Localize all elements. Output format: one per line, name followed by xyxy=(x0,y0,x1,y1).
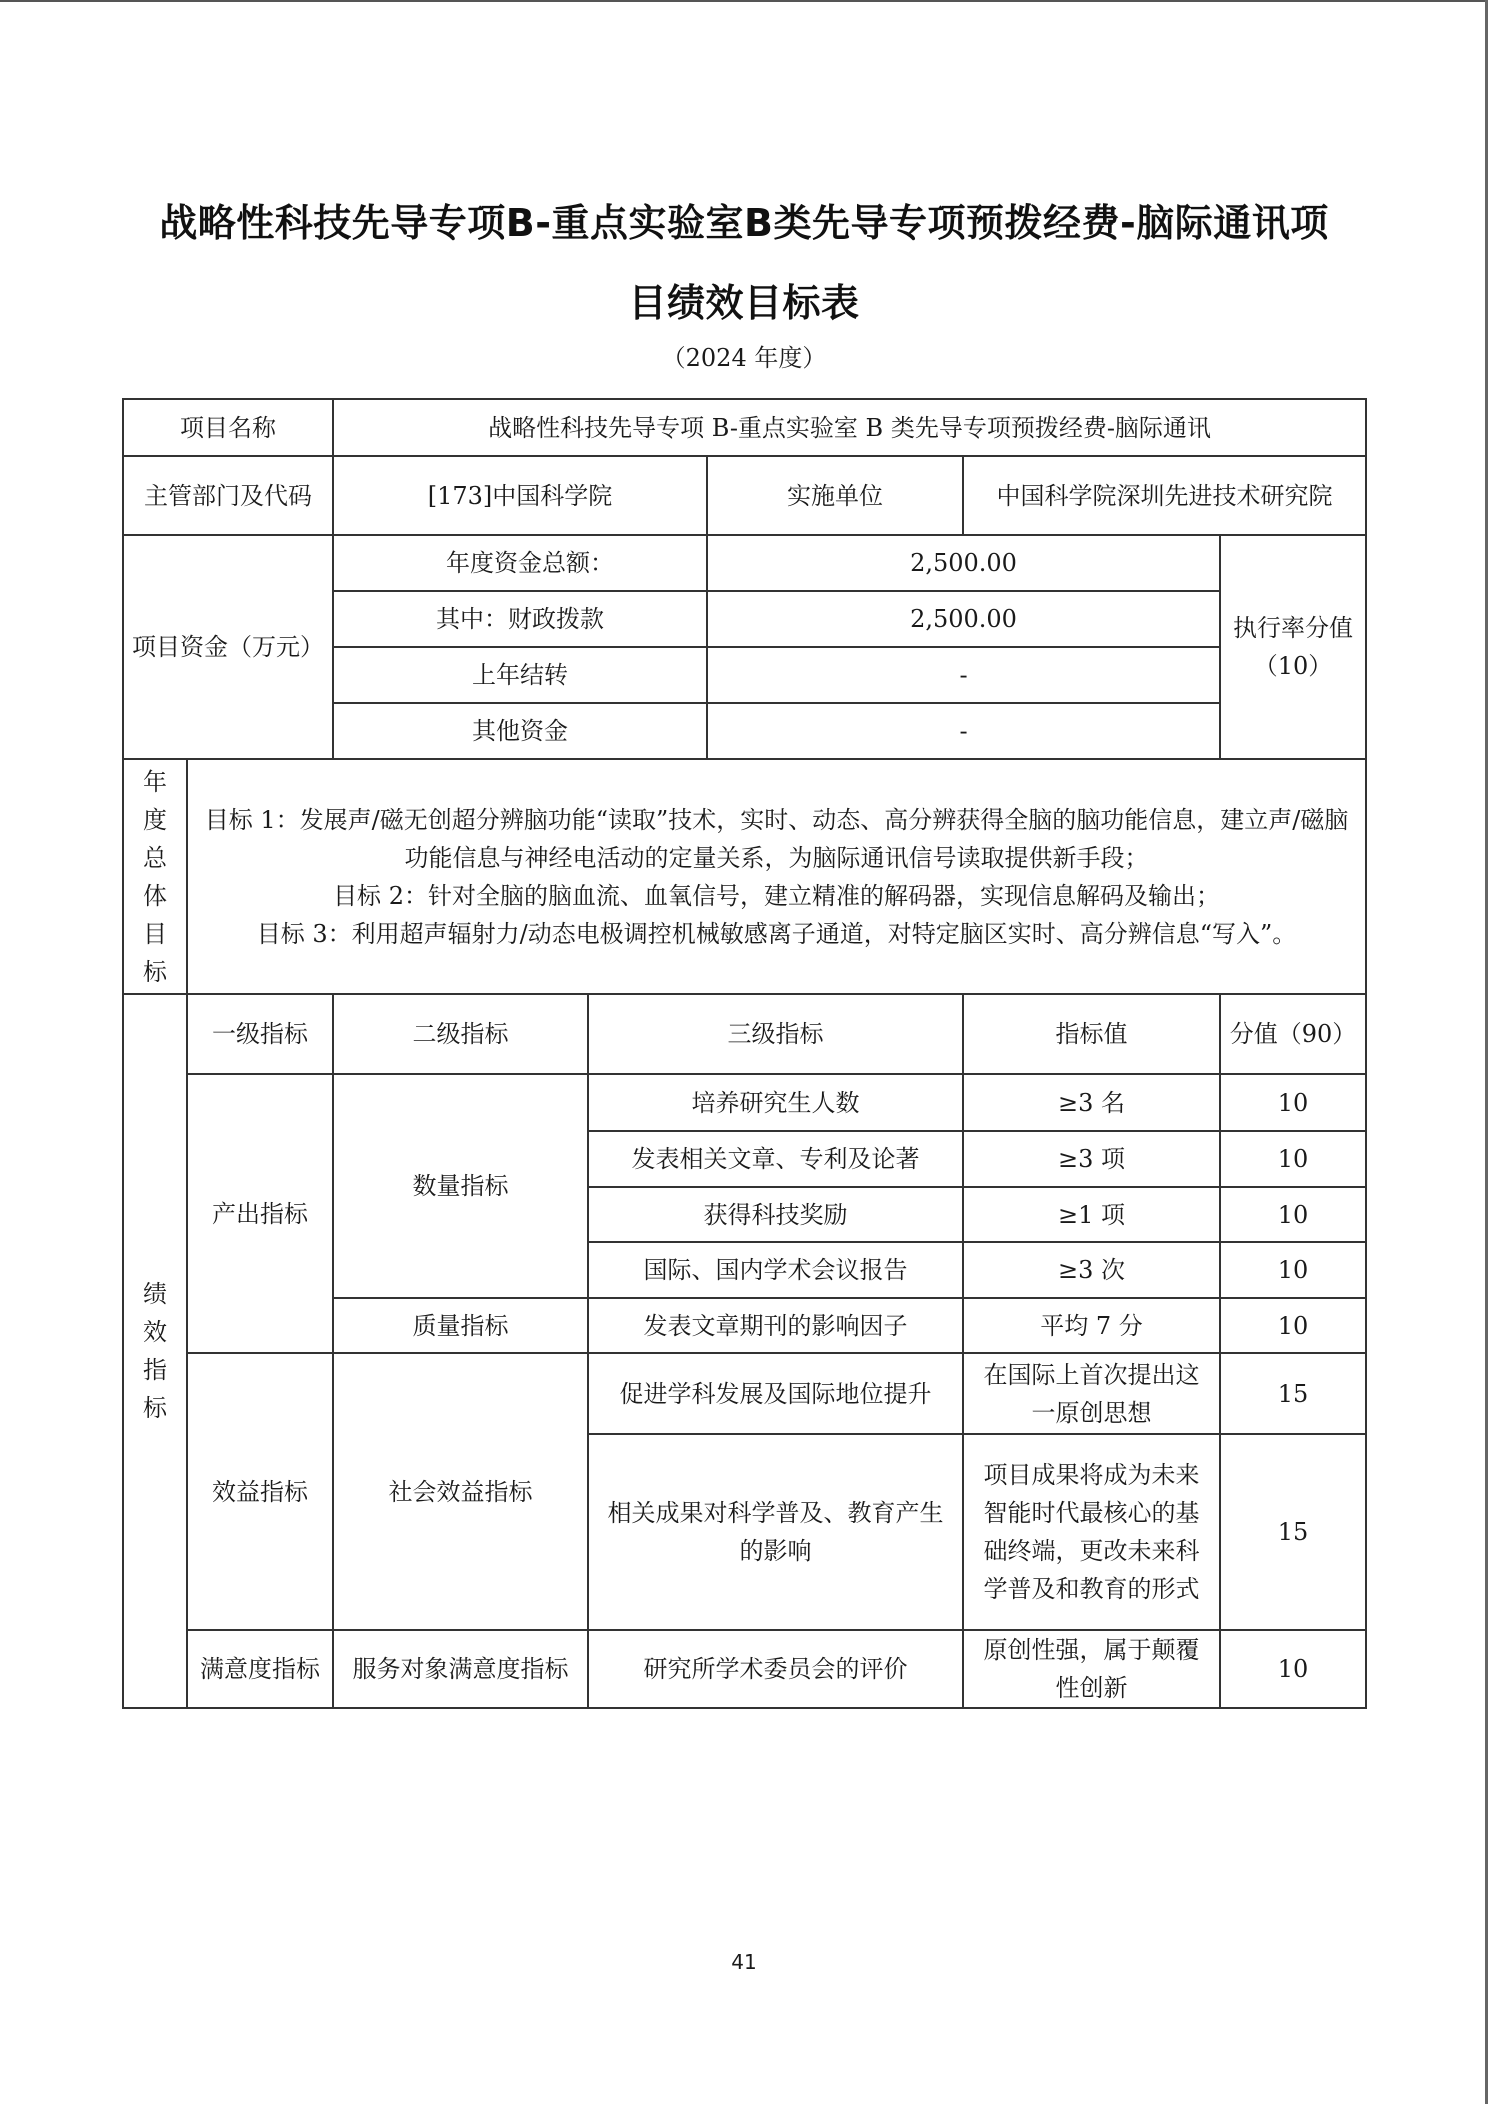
goal-3: 目标 3：利用超声辐射力/动态电极调控机械敏感离子通道，对特定脑区实时、高分辨信… xyxy=(196,915,1357,953)
indicators-label: 绩效指标 xyxy=(123,994,187,1708)
group-quantity: 数量指标 xyxy=(333,1074,588,1298)
goal-1: 目标 1：发展声/磁无创超分辨脑功能“读取”技术，实时、动态、高分辨获得全脑的脑… xyxy=(196,801,1357,877)
level3-cell: 促进学科发展及国际地位提升 xyxy=(588,1353,963,1434)
score-cell: 10 xyxy=(1220,1131,1366,1187)
page-number: 41 xyxy=(0,1950,1488,1974)
score-cell: 15 xyxy=(1220,1434,1366,1630)
funds-total-value: 2,500.00 xyxy=(707,535,1220,591)
level3-cell: 培养研究生人数 xyxy=(588,1074,963,1131)
dept-label: 主管部门及代码 xyxy=(123,456,333,535)
value-cell: ≥3 名 xyxy=(963,1074,1220,1131)
value-cell: 在国际上首次提出这一原创思想 xyxy=(963,1353,1220,1434)
score-cell: 15 xyxy=(1220,1353,1366,1434)
funds-other-label: 其他资金 xyxy=(333,703,707,759)
goal-2: 目标 2：针对全脑的脑血流、血氧信号，建立精准的解码器，实现信息解码及输出； xyxy=(196,877,1357,915)
goals-content: 目标 1：发展声/磁无创超分辨脑功能“读取”技术，实时、动态、高分辨获得全脑的脑… xyxy=(187,759,1366,994)
value-cell: 项目成果将成为未来智能时代最核心的基础终端，更改未来科学普及和教育的形式 xyxy=(963,1434,1220,1630)
group-social: 社会效益指标 xyxy=(333,1353,588,1630)
goals-label: 年度总体目标 xyxy=(123,759,187,994)
dept-value: [173]中国科学院 xyxy=(333,456,707,535)
funds-total-label: 年度资金总额： xyxy=(333,535,707,591)
value-cell: ≥3 次 xyxy=(963,1242,1220,1298)
impl-value: 中国科学院深圳先进技术研究院 xyxy=(963,456,1366,535)
score-cell: 10 xyxy=(1220,1187,1366,1242)
level3-cell: 获得科技奖励 xyxy=(588,1187,963,1242)
value-cell: 原创性强，属于颠覆性创新 xyxy=(963,1630,1220,1708)
funds-carryover-label: 上年结转 xyxy=(333,647,707,703)
funds-label: 项目资金（万元） xyxy=(123,535,333,759)
score-cell: 10 xyxy=(1220,1298,1366,1353)
score-cell: 10 xyxy=(1220,1630,1366,1708)
level3-cell: 发表文章期刊的影响因子 xyxy=(588,1298,963,1353)
level3-cell: 发表相关文章、专利及论著 xyxy=(588,1131,963,1187)
header-value: 指标值 xyxy=(963,994,1220,1074)
value-cell: ≥1 项 xyxy=(963,1187,1220,1242)
group-satisfaction: 满意度指标 xyxy=(187,1630,333,1708)
project-name-label: 项目名称 xyxy=(123,399,333,456)
header-score: 分值（90） xyxy=(1220,994,1366,1074)
score-cell: 10 xyxy=(1220,1242,1366,1298)
exec-rate-label: 执行率分值（10） xyxy=(1220,535,1366,759)
group-benefit: 效益指标 xyxy=(187,1353,333,1630)
funds-carryover-value: - xyxy=(707,647,1220,703)
group-output: 产出指标 xyxy=(187,1074,333,1353)
impl-label: 实施单位 xyxy=(707,456,963,535)
page-edge-top xyxy=(0,0,1488,2)
project-name-value: 战略性科技先导专项 B-重点实验室 B 类先导专项预拨经费-脑际通讯 xyxy=(333,399,1366,456)
level3-cell: 相关成果对科学普及、教育产生的影响 xyxy=(588,1434,963,1630)
document-title-line2: 目绩效目标表 xyxy=(0,272,1488,327)
header-level2: 二级指标 xyxy=(333,994,588,1074)
funds-other-value: - xyxy=(707,703,1220,759)
funds-fiscal-label: 其中：财政拨款 xyxy=(333,591,707,647)
document-title-line1: 战略性科技先导专项B-重点实验室B类先导专项预拨经费-脑际通讯项 xyxy=(0,192,1488,247)
header-level1: 一级指标 xyxy=(187,994,333,1074)
level3-cell: 研究所学术委员会的评价 xyxy=(588,1630,963,1708)
header-level3: 三级指标 xyxy=(588,994,963,1074)
group-quality: 质量指标 xyxy=(333,1298,588,1353)
document-year: （2024 年度） xyxy=(0,338,1488,373)
group-service: 服务对象满意度指标 xyxy=(333,1630,588,1708)
level3-cell: 国际、国内学术会议报告 xyxy=(588,1242,963,1298)
value-cell: 平均 7 分 xyxy=(963,1298,1220,1353)
score-cell: 10 xyxy=(1220,1074,1366,1131)
value-cell: ≥3 项 xyxy=(963,1131,1220,1187)
funds-fiscal-value: 2,500.00 xyxy=(707,591,1220,647)
performance-target-table: 项目名称 战略性科技先导专项 B-重点实验室 B 类先导专项预拨经费-脑际通讯 … xyxy=(122,398,1367,1709)
